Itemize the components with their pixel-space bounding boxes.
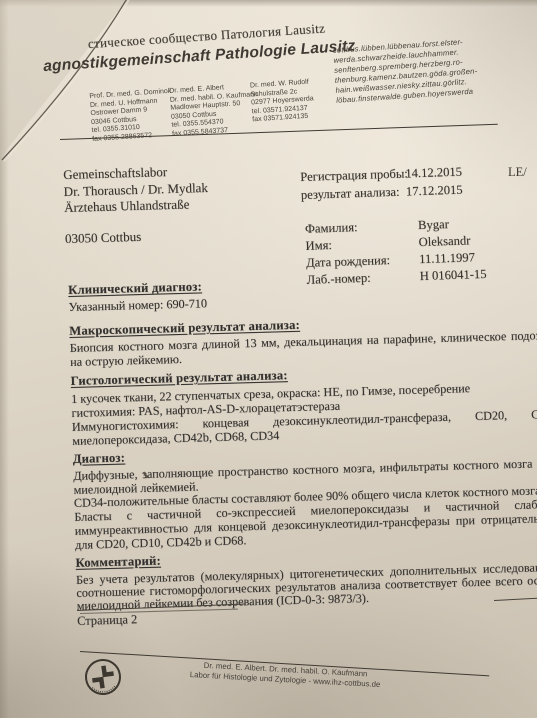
- section-histologic-result: Гистологический результат анализа: 1 кус…: [70, 361, 537, 448]
- section-comment: Комментарий: Без учета результатов (моле…: [75, 543, 537, 614]
- section-clinical-diagnosis: Клинический диагноз: Указанный номер: 69…: [68, 279, 207, 315]
- page-number: Страница 2: [77, 612, 137, 629]
- section-diagnosis: Диагноз: Диффузные, заполняющие простран…: [73, 438, 537, 552]
- lab-logo-icon: [79, 653, 126, 700]
- section-macroscopic-result: Макроскопический результат анализа: Биоп…: [69, 310, 537, 369]
- section-line: Указанный номер: 690-710: [68, 297, 207, 315]
- document-photo: стическое сообщество Патология Lausitz a…: [0, 0, 537, 718]
- section-heading: Клинический диагноз:: [68, 279, 207, 298]
